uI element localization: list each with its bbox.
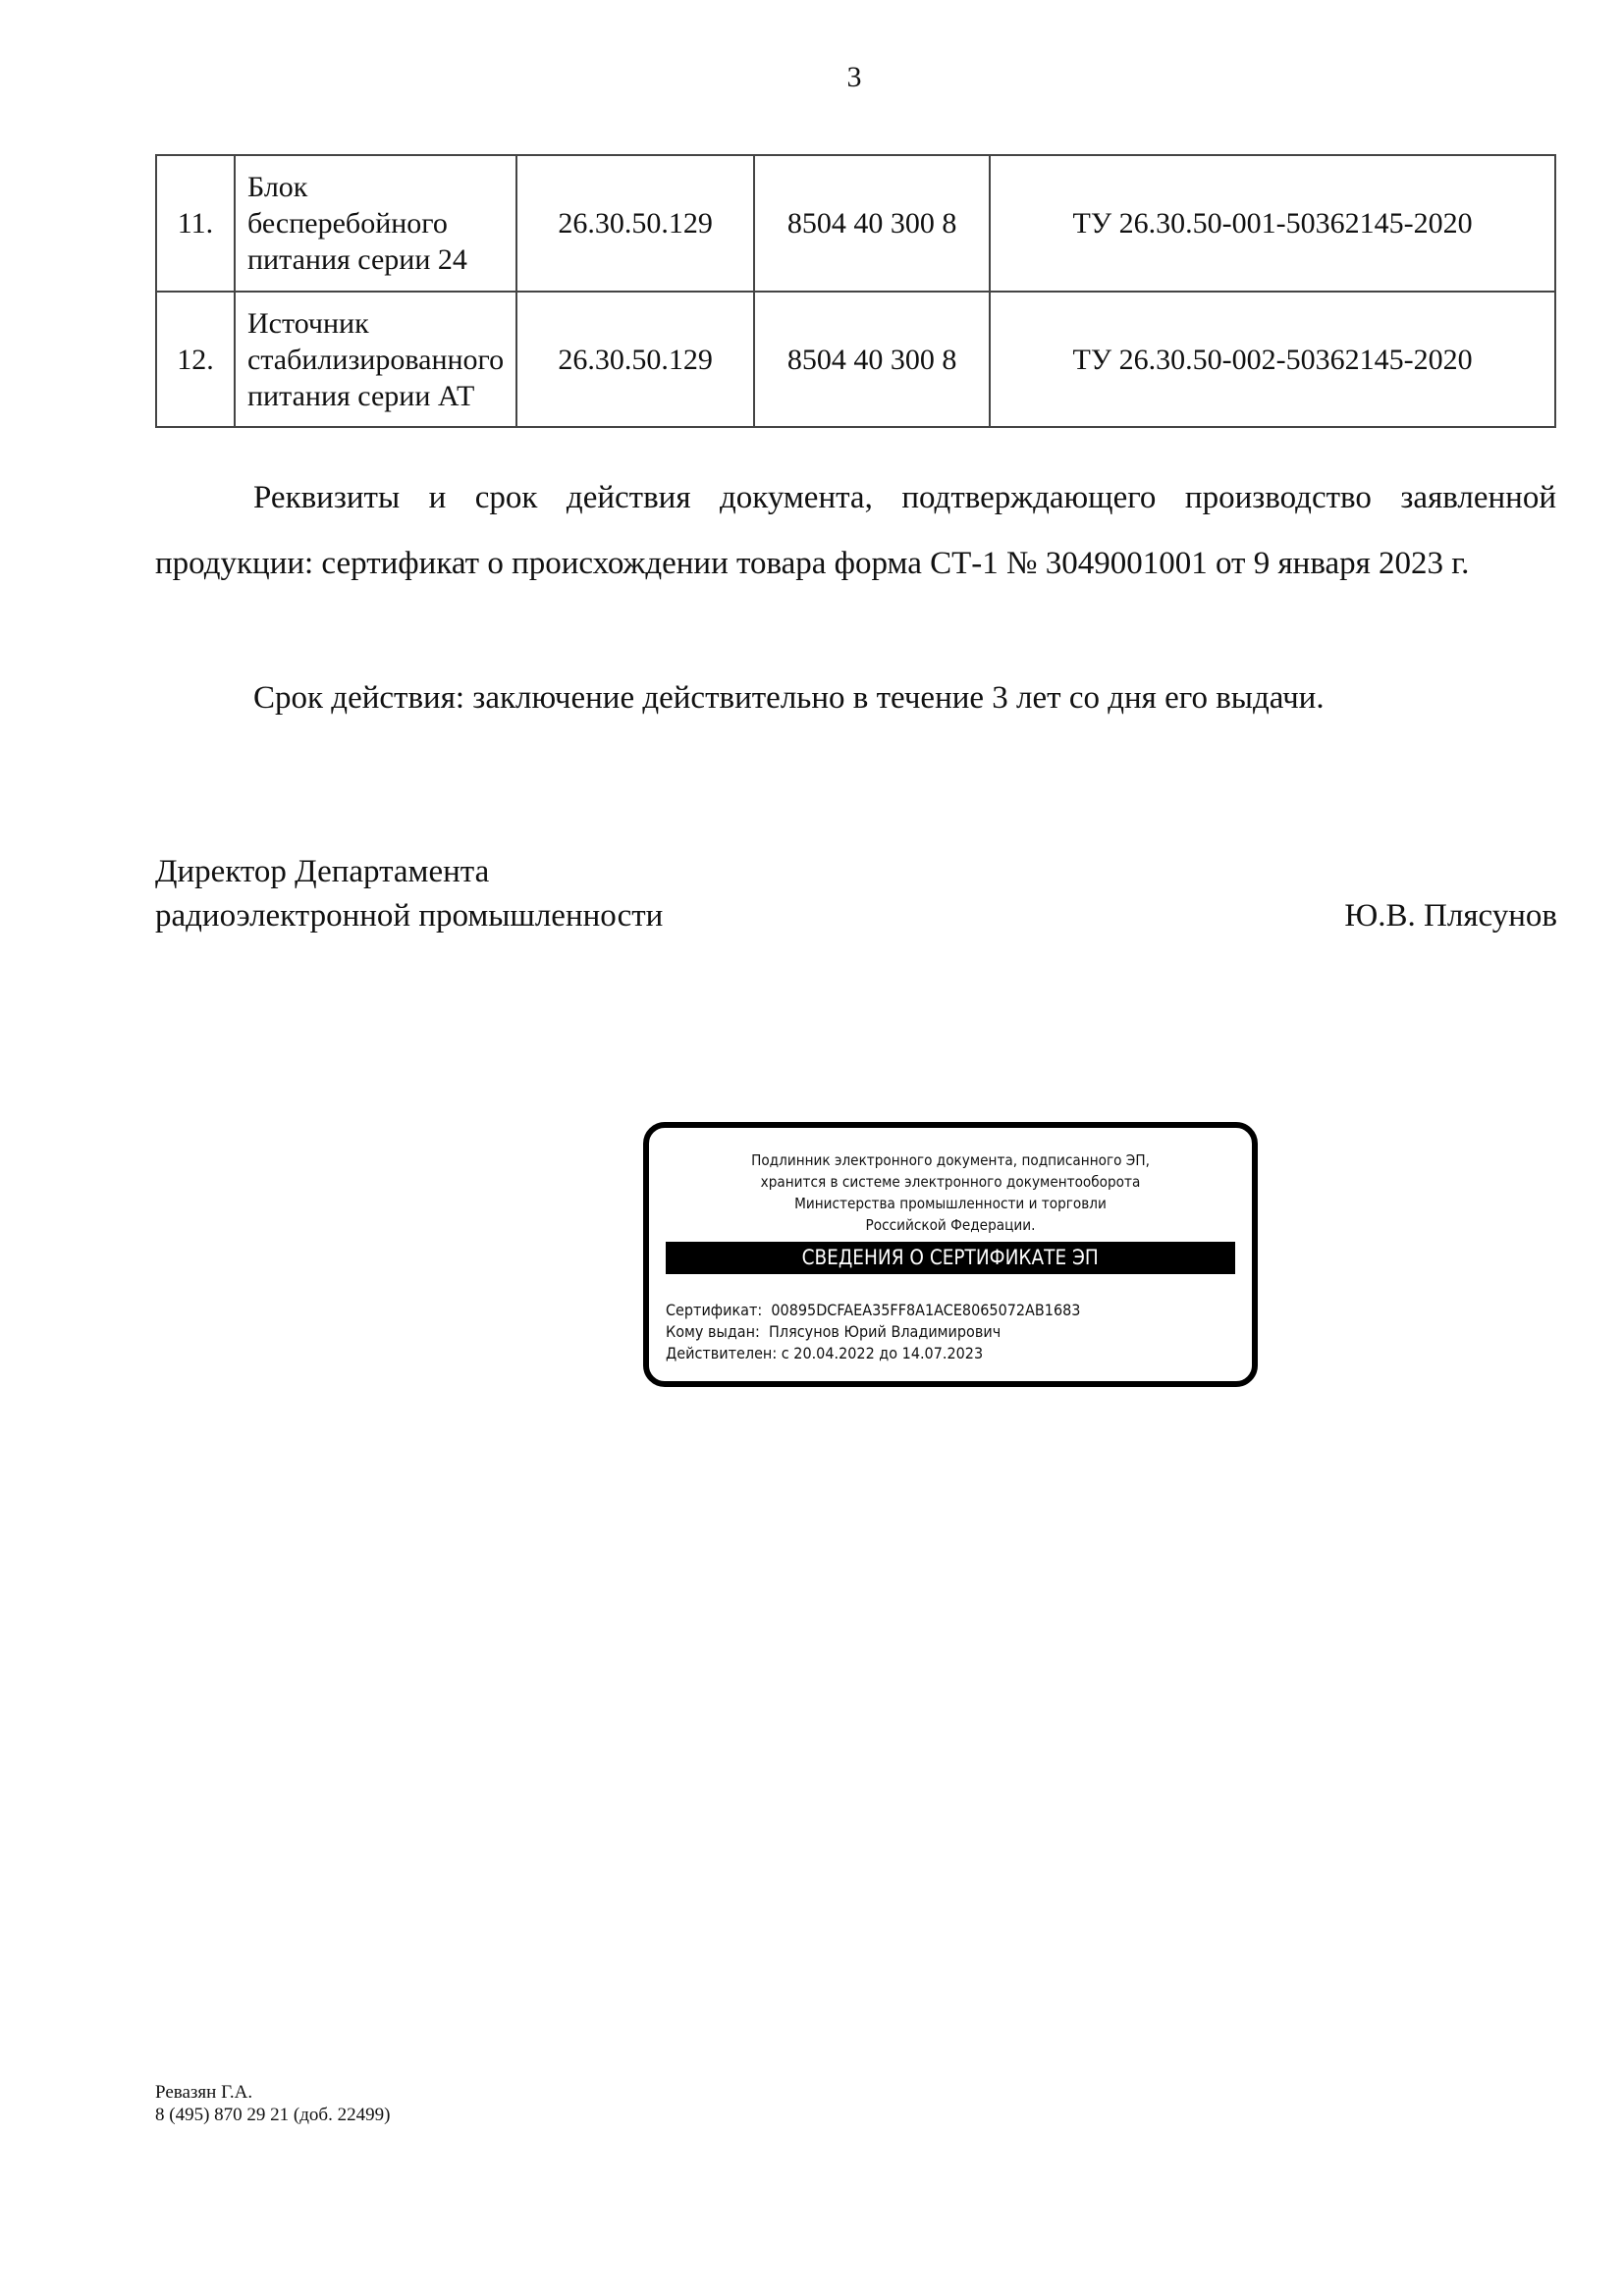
issued-to-label: Кому выдан:: [666, 1322, 760, 1341]
products-table: 11. Блок бесперебойного питания серии 24…: [155, 154, 1556, 428]
issued-to-value: Плясунов Юрий Владимирович: [769, 1322, 1001, 1341]
position-line: Директор Департамента: [155, 850, 663, 894]
stamp-title-bar: СВЕДЕНИЯ О СЕРТИФИКАТЕ ЭП: [666, 1242, 1235, 1274]
electronic-signature-stamp: Подлинник электронного документа, подпис…: [643, 1122, 1258, 1387]
signatory-position: Директор Департамента радиоэлектронной п…: [155, 850, 663, 938]
paragraph-document-details: Реквизиты и срок действия документа, под…: [155, 465, 1556, 597]
stamp-header-line: Подлинник электронного документа, подпис…: [685, 1149, 1216, 1171]
executor-footer: Ревазян Г.А. 8 (495) 870 29 21 (доб. 224…: [155, 2081, 390, 2126]
tu-code: ТУ 26.30.50-002-50362145-2020: [990, 292, 1555, 427]
stamp-certificate-info: Сертификат: 00895DCFAEA35FF8A1ACE8065072…: [666, 1300, 1193, 1364]
row-number: 12.: [156, 292, 235, 427]
validity-row: Действителен: с 20.04.2022 до 14.07.2023: [666, 1343, 1193, 1364]
certificate-value: 00895DCFAEA35FF8A1ACE8065072AB1683: [771, 1301, 1080, 1319]
product-name: Источник стабилизированного питания сери…: [235, 292, 516, 427]
tu-code: ТУ 26.30.50-001-50362145-2020: [990, 155, 1555, 292]
stamp-title: СВЕДЕНИЯ О СЕРТИФИКАТЕ ЭП: [802, 1242, 1099, 1274]
stamp-header-line: хранится в системе электронного документ…: [685, 1171, 1216, 1193]
product-name-line: Источник: [247, 305, 504, 342]
position-line: радиоэлектронной промышленности: [155, 894, 663, 938]
paragraph-validity: Срок действия: заключение действительно …: [155, 666, 1556, 731]
validity-label: Действителен:: [666, 1344, 777, 1362]
product-name-line: питания серии 24: [247, 241, 504, 278]
table-row: 12. Источник стабилизированного питания …: [156, 292, 1555, 427]
product-name-line: Блок бесперебойного: [247, 169, 504, 241]
page-number: 3: [0, 61, 1624, 94]
executor-name: Ревазян Г.А.: [155, 2081, 390, 2104]
certificate-label: Сертификат:: [666, 1301, 762, 1319]
signatory-name: Ю.В. Плясунов: [1344, 894, 1557, 938]
product-name-line: питания серии АТ: [247, 378, 504, 414]
row-number: 11.: [156, 155, 235, 292]
stamp-header: Подлинник электронного документа, подпис…: [685, 1149, 1216, 1236]
product-name: Блок бесперебойного питания серии 24: [235, 155, 516, 292]
stamp-header-line: Российской Федерации.: [685, 1214, 1216, 1236]
tnved-code: 8504 40 300 8: [754, 155, 990, 292]
certificate-row: Сертификат: 00895DCFAEA35FF8A1ACE8065072…: [666, 1300, 1193, 1321]
product-name-line: стабилизированного: [247, 342, 504, 378]
issued-to-row: Кому выдан: Плясунов Юрий Владимирович: [666, 1321, 1193, 1343]
stamp-header-line: Министерства промышленности и торговли: [685, 1193, 1216, 1214]
table-row: 11. Блок бесперебойного питания серии 24…: [156, 155, 1555, 292]
okpd2-code: 26.30.50.129: [516, 155, 754, 292]
executor-phone: 8 (495) 870 29 21 (доб. 22499): [155, 2104, 390, 2126]
tnved-code: 8504 40 300 8: [754, 292, 990, 427]
okpd2-code: 26.30.50.129: [516, 292, 754, 427]
validity-value: с 20.04.2022 до 14.07.2023: [782, 1344, 983, 1362]
